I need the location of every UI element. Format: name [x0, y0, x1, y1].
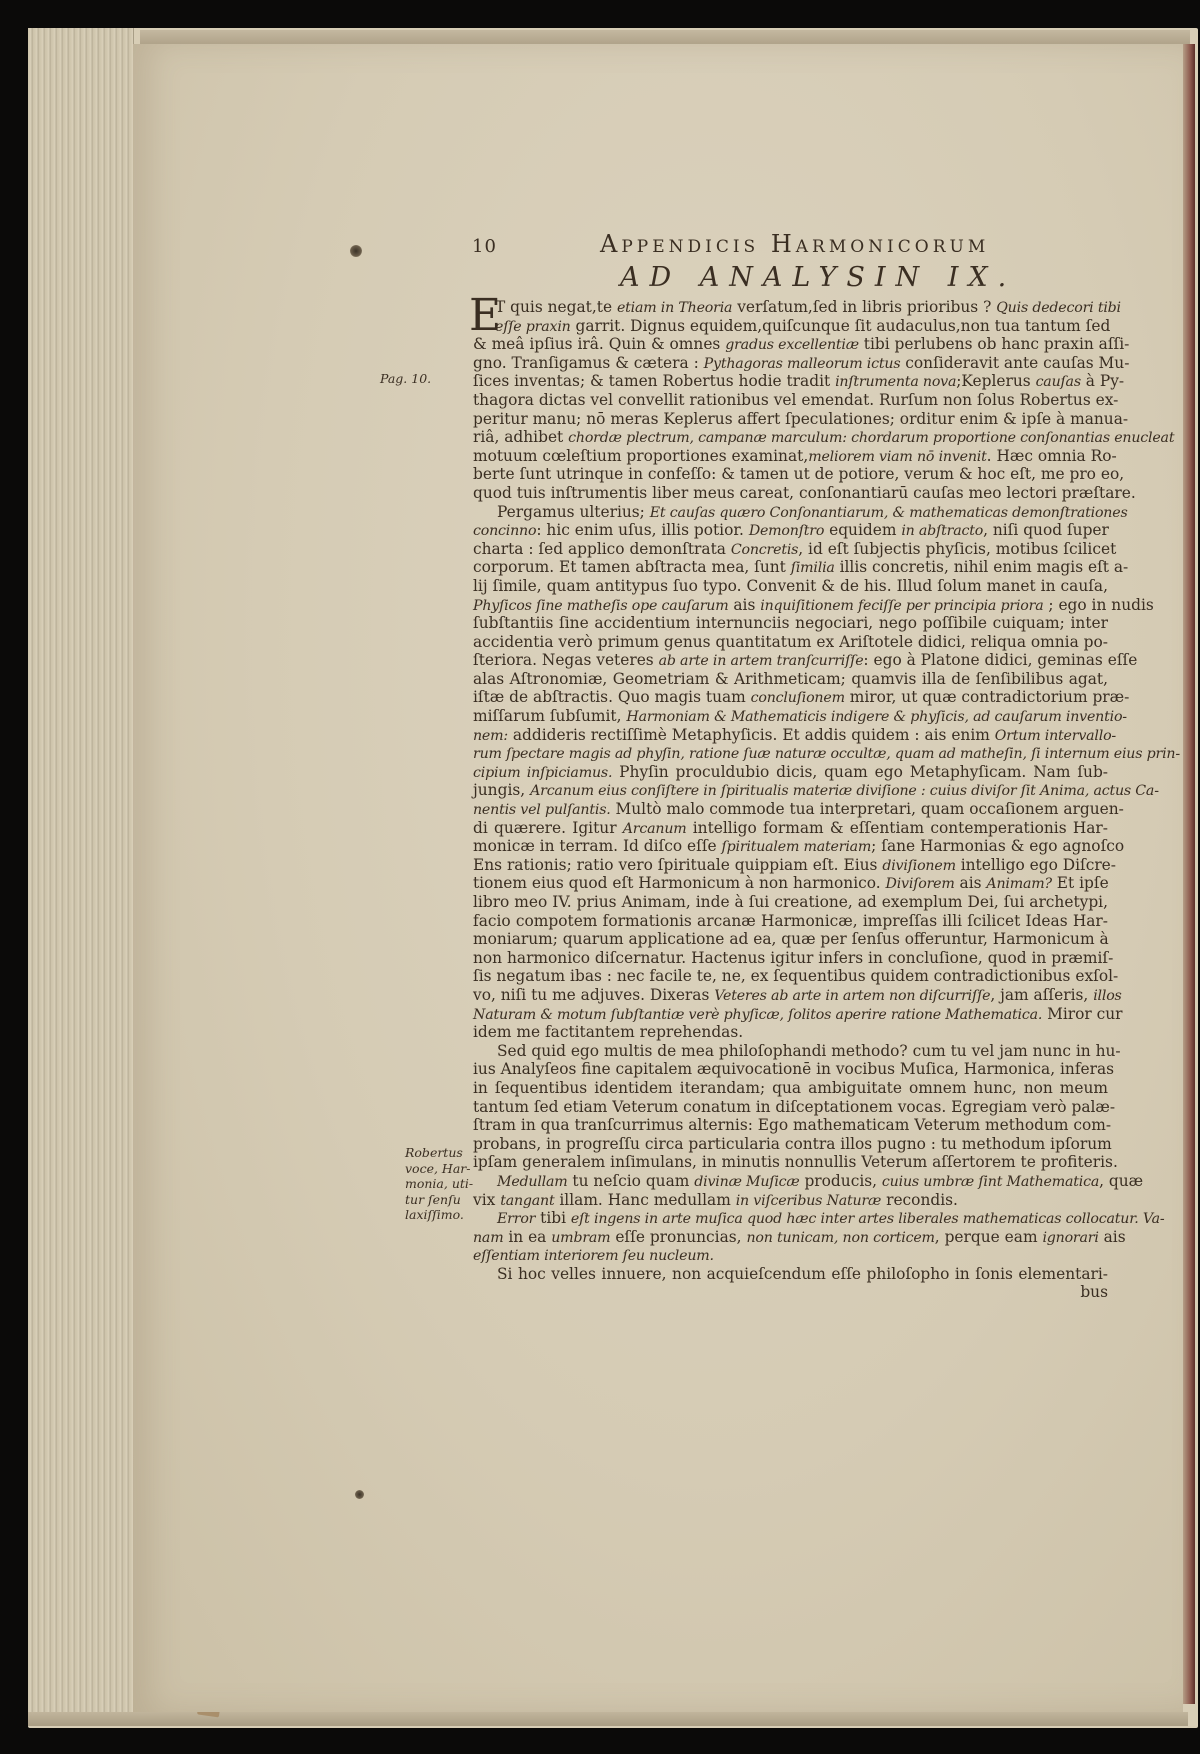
- text-line: di quærere. Igitur Arcanum intelligo for…: [473, 819, 1108, 838]
- italic-segment: eſſentiam interiorem ſeu nucleum.: [473, 1248, 714, 1264]
- right-page-edge: [1183, 44, 1195, 1704]
- italic-segment: cuius umbræ ſint Mathematica: [882, 1174, 1099, 1190]
- italic-segment: nentis vel pulſantis.: [473, 802, 611, 818]
- roman-segment: jungis,: [473, 781, 530, 799]
- text-line: miſſarum ſubſumit, Harmoniam & Mathemati…: [473, 707, 1108, 726]
- margin-note-page-ref: Pag. 10.: [380, 371, 431, 387]
- text-line: probans, in progreſſu circa particularia…: [473, 1135, 1108, 1154]
- roman-segment: accidentia verò primum genus quantitatum…: [473, 633, 1108, 651]
- italic-segment: in abſtracto: [901, 523, 983, 539]
- roman-segment: idem me factitantem reprehendas.: [473, 1023, 743, 1041]
- text-line: Pergamus ulterius; Et cauſas quæro Conſo…: [473, 503, 1108, 522]
- roman-segment: probans, in progreſſu circa particularia…: [473, 1135, 1112, 1153]
- text-line: rum ſpectare magis ad phyſin, ratione ſu…: [473, 744, 1108, 763]
- italic-segment: concinno: [473, 523, 536, 539]
- roman-segment: , perque eam: [935, 1228, 1043, 1246]
- italic-segment: ſimilia: [791, 560, 835, 576]
- text-line: & meâ ipſius irâ. Quin & omnes gradus ex…: [473, 335, 1108, 354]
- margin-note-line: voce, Har-: [405, 1161, 475, 1177]
- roman-segment: tibi perlubens ob hanc praxin aſſi-: [859, 335, 1130, 353]
- italic-segment: Phyſicos ſine matheſis ope cauſarum: [473, 598, 728, 614]
- italic-segment: Naturam & motum ſubſtantiæ verè phyſicæ,…: [473, 1007, 1042, 1023]
- roman-segment: ſubſtantiis ſine accidentium internuncii…: [473, 614, 1108, 632]
- italic-segment: inſtrumenta nova: [835, 374, 956, 390]
- body-text: E T quis negat,te etiam in Theoria verſa…: [473, 298, 1108, 1302]
- roman-segment: ſis negatum ibas : nec facile te, ne, ex…: [473, 967, 1118, 985]
- text-line: ſices inventas; & tamen Robertus hodie t…: [473, 372, 1108, 391]
- text-line: riâ, adhibet chordæ plectrum, campanæ ma…: [473, 428, 1108, 447]
- italic-segment: divinæ Muſicæ: [694, 1174, 799, 1190]
- text-line: tionem eius quod eſt Harmonicum à non ha…: [473, 874, 1108, 893]
- roman-segment: tionem eius quod eſt Harmonicum à non ha…: [473, 874, 886, 892]
- roman-segment: eſſe pronuncias,: [610, 1228, 746, 1246]
- roman-segment: Si hoc velles innuere, non acquieſcendum…: [497, 1265, 1108, 1283]
- text-line: cipium inſpiciamus. Phyſin proculdubio d…: [473, 763, 1108, 782]
- text-line: corporum. Et tamen abſtracta mea, ſunt ſ…: [473, 558, 1108, 577]
- roman-segment: lij ſimile, quam antitypus ſuo typo. Con…: [473, 577, 1108, 595]
- text-line: facio compotem formationis arcanæ Harmon…: [473, 912, 1108, 931]
- italic-segment: diviſionem: [882, 858, 956, 874]
- roman-segment: in ſequentibus identidem iterandam; qua …: [473, 1079, 1108, 1097]
- roman-segment: & meâ ipſius irâ. Quin & omnes: [473, 335, 725, 353]
- roman-segment: ; ſane Harmonias & ego agnoſco: [871, 837, 1124, 855]
- roman-segment: equidem: [824, 521, 901, 539]
- running-head: Appendicis Harmonicorum: [600, 230, 989, 258]
- italic-segment: Et cauſas quæro Conſonantiarum, & mathem…: [650, 505, 1128, 521]
- roman-segment: gno. Tranſigamus & cætera :: [473, 354, 704, 372]
- roman-segment: tibi: [535, 1209, 571, 1227]
- roman-segment: iſtæ de abſtractis. Quo magis tuam: [473, 688, 751, 706]
- roman-segment: charta : ſed applico demonſtrata: [473, 540, 731, 558]
- text-line: concinno: hic enim uſus, illis potior. D…: [473, 521, 1108, 540]
- italic-segment: Veteres ab arte in artem non diſcurriſſe: [714, 988, 990, 1004]
- roman-segment: ais: [955, 874, 987, 892]
- roman-segment: peritur manu; nō meras Keplerus affert ſ…: [473, 410, 1128, 428]
- text-line: jungis, Arcanum eius conſiſtere in ſpiri…: [473, 781, 1108, 800]
- text-line: monicæ in terram. Id diſco eſſe ſpiritua…: [473, 837, 1108, 856]
- italic-segment: Ortum intervallo-: [995, 728, 1116, 744]
- italic-segment: umbram: [551, 1230, 610, 1246]
- roman-segment: ;Keplerus: [956, 372, 1035, 390]
- page-stack-edge: [28, 28, 134, 1726]
- roman-segment: bus: [1080, 1283, 1108, 1301]
- roman-segment: riâ, adhibet: [473, 428, 568, 446]
- italic-segment: eſt ingens in arte muſica quod hæc inter…: [571, 1211, 1165, 1227]
- text-line: vo, niſi tu me adjuves. Dixeras Veteres …: [473, 986, 1108, 1005]
- text-line: non harmonico diſcernatur. Hactenus igit…: [473, 949, 1108, 968]
- roman-segment: di quærere. Igitur: [473, 819, 623, 837]
- italic-segment: eſſe praxin: [495, 319, 571, 335]
- text-line: nem: addideris rectiſſimè Metaphyſicis. …: [473, 726, 1108, 745]
- italic-segment: Error: [497, 1211, 535, 1227]
- roman-segment: illis concretis, nihil enim magis eſt a-: [835, 558, 1129, 576]
- top-page-edge: [140, 30, 1190, 44]
- text-line: bus: [473, 1283, 1108, 1302]
- text-line: ſis negatum ibas : nec facile te, ne, ex…: [473, 967, 1108, 986]
- text-line: Naturam & motum ſubſtantiæ verè phyſicæ,…: [473, 1005, 1108, 1024]
- italic-segment: Demonſtro: [749, 523, 824, 539]
- text-line: ſtram in qua tranſcurrimus alternis: Ego…: [473, 1116, 1108, 1135]
- text-line: ipſam generalem inſimulans, in minutis n…: [473, 1153, 1108, 1172]
- italic-segment: nam: [473, 1230, 503, 1246]
- binding-hole: [350, 245, 362, 257]
- italic-segment: ab arte in artem tranſcurriſſe: [659, 653, 864, 669]
- roman-segment: , jam aſſeris,: [990, 986, 1093, 1004]
- roman-segment: Miror cur: [1042, 1005, 1122, 1023]
- roman-segment: conſideravit ante cauſas Mu-: [900, 354, 1129, 372]
- text-line: gno. Tranſigamus & cætera : Pythagoras m…: [473, 354, 1108, 373]
- text-line: T quis negat,te etiam in Theoria verſatu…: [473, 298, 1108, 317]
- italic-segment: Arcanum eius conſiſtere in ſpiritualis m…: [530, 783, 1159, 799]
- roman-segment: ais: [1099, 1228, 1126, 1246]
- text-line: Ens rationis; ratio vero ſpirituale quip…: [473, 856, 1108, 875]
- roman-segment: moniarum; quarum applicatione ad ea, quæ…: [473, 930, 1109, 948]
- roman-segment: non harmonico diſcernatur. Hactenus igit…: [473, 949, 1113, 967]
- italic-segment: Medullam: [497, 1174, 568, 1190]
- margin-note-line: Robertus: [405, 1145, 475, 1161]
- roman-segment: berte ſunt utrinque in confeſſo: & tamen…: [473, 465, 1124, 483]
- italic-segment: meliorem viam nō invenit: [808, 449, 986, 465]
- text-line: Sed quid ego multis de mea philoſophandi…: [473, 1042, 1108, 1061]
- text-line: motuum cœleſtium proportiones examinat,m…: [473, 447, 1108, 466]
- roman-segment: garrit. Dignus equidem,quiſcunque ſit au…: [571, 317, 1111, 335]
- roman-segment: quod tuis inſtrumentis liber meus careat…: [473, 484, 1136, 502]
- text-line: nam in ea umbram eſſe pronuncias, non tu…: [473, 1228, 1108, 1247]
- roman-segment: illam. Hanc medullam: [554, 1191, 735, 1209]
- text-line: vix tangant illam. Hanc medullam in viſc…: [473, 1191, 1108, 1210]
- italic-segment: Diviſorem: [886, 876, 955, 892]
- text-line: nentis vel pulſantis. Multò malo commode…: [473, 800, 1108, 819]
- text-line: eſſentiam interiorem ſeu nucleum.: [473, 1246, 1108, 1265]
- italic-segment: tangant: [500, 1193, 554, 1209]
- roman-segment: T quis negat,te: [495, 298, 617, 316]
- italic-segment: Animam?: [986, 876, 1052, 892]
- italic-segment: in viſceribus Naturæ: [736, 1193, 882, 1209]
- roman-segment: Pergamus ulterius;: [497, 503, 650, 521]
- text-line: Phyſicos ſine matheſis ope cauſarum ais …: [473, 596, 1108, 615]
- roman-segment: recondis.: [881, 1191, 958, 1209]
- text-line: ſubſtantiis ſine accidentium internuncii…: [473, 614, 1108, 633]
- roman-segment: in ea: [503, 1228, 551, 1246]
- roman-segment: verſatum,ſed in libris prioribus ?: [732, 298, 996, 316]
- text-line: moniarum; quarum applicatione ad ea, quæ…: [473, 930, 1108, 949]
- italic-segment: inquiſitionem feciſſe per principia prio…: [760, 598, 1043, 614]
- italic-segment: ignorari: [1042, 1230, 1098, 1246]
- text-line: idem me factitantem reprehendas.: [473, 1023, 1108, 1042]
- roman-segment: monicæ in terram. Id diſco eſſe: [473, 837, 722, 855]
- roman-segment: , niſi quod ſuper: [983, 521, 1109, 539]
- roman-segment: thagora dictas vel convellit rationibus …: [473, 391, 1118, 409]
- roman-segment: ſteriora. Negas veteres: [473, 651, 659, 669]
- italic-segment: cipium inſpiciamus.: [473, 765, 612, 781]
- italic-segment: Harmoniam & Mathematicis indigere & phyſ…: [626, 709, 1126, 725]
- text-line: Si hoc velles innuere, non acquieſcendum…: [473, 1265, 1108, 1284]
- italic-segment: illos: [1093, 988, 1121, 1004]
- roman-segment: vix: [473, 1191, 500, 1209]
- roman-segment: ſices inventas; & tamen Robertus hodie t…: [473, 372, 835, 390]
- text-line: lij ſimile, quam antitypus ſuo typo. Con…: [473, 577, 1108, 596]
- roman-segment: , id eſt ſubjectis phyſicis, motibus ſci…: [798, 540, 1116, 558]
- roman-segment: ius Analyſeos fine capitalem æquivocatio…: [473, 1060, 1114, 1078]
- text-line: berte ſunt utrinque in confeſſo: & tamen…: [473, 465, 1108, 484]
- roman-segment: Sed quid ego multis de mea philoſophandi…: [497, 1042, 1121, 1060]
- roman-segment: facio compotem formationis arcanæ Harmon…: [473, 912, 1108, 930]
- roman-segment: producis,: [800, 1172, 882, 1190]
- italic-segment: Concretis: [731, 542, 798, 558]
- drop-cap: E: [469, 296, 501, 336]
- italic-segment: Quis dedecori tibi: [996, 300, 1121, 316]
- italic-segment: chordæ plectrum, campanæ marculum: chord…: [568, 430, 1174, 446]
- italic-segment: Pythagoras malleorum ictus: [704, 356, 901, 372]
- roman-segment: tu neſcio quam: [568, 1172, 695, 1190]
- roman-segment: Multò malo commode tua interpretari, qua…: [611, 800, 1124, 818]
- folio-number: 10: [472, 236, 497, 257]
- italic-segment: etiam in Theoria: [617, 300, 732, 316]
- text-line: peritur manu; nō meras Keplerus affert ſ…: [473, 410, 1108, 429]
- margin-note-line: tur ſenſu: [405, 1192, 475, 1208]
- text-line: tantum ſed etiam Veterum conatum in diſc…: [473, 1098, 1108, 1117]
- text-line: ſteriora. Negas veteres ab arte in artem…: [473, 651, 1108, 670]
- roman-segment: ais: [728, 596, 760, 614]
- roman-segment: alas Aſtronomiæ, Geometriam & Arithmetic…: [473, 670, 1108, 688]
- margin-note-line: laxiſſimo.: [405, 1207, 475, 1223]
- margin-note-robertus: Robertus voce, Har- monia, uti- tur ſenſ…: [405, 1145, 475, 1223]
- roman-segment: ipſam generalem inſimulans, in minutis n…: [473, 1153, 1118, 1171]
- roman-segment: : hic enim uſus, illis potior.: [536, 521, 748, 539]
- roman-segment: ; ego in nudis: [1043, 596, 1153, 614]
- text-line: alas Aſtronomiæ, Geometriam & Arithmetic…: [473, 670, 1108, 689]
- roman-segment: à Py-: [1081, 372, 1124, 390]
- roman-segment: motuum cœleſtium proportiones examinat,: [473, 447, 808, 465]
- italic-segment: gradus excellentiæ: [725, 337, 859, 353]
- text-line: accidentia verò primum genus quantitatum…: [473, 633, 1108, 652]
- roman-segment: , quæ: [1099, 1172, 1143, 1190]
- text-line: eſſe praxin garrit. Dignus equidem,quiſc…: [473, 317, 1108, 336]
- text-line: charta : ſed applico demonſtrata Concret…: [473, 540, 1108, 559]
- text-line: Medullam tu neſcio quam divinæ Muſicæ pr…: [473, 1172, 1108, 1191]
- roman-segment: intelligo formam & eſſentiam contemperat…: [687, 819, 1108, 837]
- text-line: thagora dictas vel convellit rationibus …: [473, 391, 1108, 410]
- text-line: ius Analyſeos fine capitalem æquivocatio…: [473, 1060, 1108, 1079]
- italic-segment: rum ſpectare magis ad phyſin, ratione ſu…: [473, 746, 1180, 762]
- text-line: Error tibi eſt ingens in arte muſica quo…: [473, 1209, 1108, 1228]
- italic-segment: ſpiritualem materiam: [722, 839, 872, 855]
- margin-note-line: monia, uti-: [405, 1176, 475, 1192]
- section-title: AD ANALYSIN IX.: [620, 262, 1016, 293]
- text-line: quod tuis inſtrumentis liber meus careat…: [473, 484, 1108, 503]
- roman-segment: intelligo ego Diſcre-: [956, 856, 1116, 874]
- italic-segment: cauſas: [1036, 374, 1081, 390]
- roman-segment: Phyſin proculdubio dicis, quam ego Metap…: [612, 763, 1108, 781]
- roman-segment: Et ipſe: [1052, 874, 1109, 892]
- roman-segment: addideris rectiſſimè Metaphyſicis. Et ad…: [508, 726, 995, 744]
- roman-segment: vo, niſi tu me adjuves. Dixeras: [473, 986, 714, 1004]
- roman-segment: tantum ſed etiam Veterum conatum in diſc…: [473, 1098, 1115, 1116]
- roman-segment: corporum. Et tamen abſtracta mea, ſunt: [473, 558, 791, 576]
- text-line: in ſequentibus identidem iterandam; qua …: [473, 1079, 1108, 1098]
- binding-hole: [355, 1490, 364, 1499]
- italic-segment: Arcanum: [623, 821, 687, 837]
- roman-segment: miſſarum ſubſumit,: [473, 707, 626, 725]
- text-line: iſtæ de abſtractis. Quo magis tuam concl…: [473, 688, 1108, 707]
- italic-segment: concluſionem: [751, 690, 845, 706]
- italic-segment: nem:: [473, 728, 508, 744]
- roman-segment: Ens rationis; ratio vero ſpirituale quip…: [473, 856, 882, 874]
- roman-segment: . Hæc omnia Ro-: [987, 447, 1117, 465]
- roman-segment: libro meo IV. prius Animam, inde à ſui c…: [473, 893, 1108, 911]
- roman-segment: : ego à Platone didici, geminas eſſe: [863, 651, 1137, 669]
- italic-segment: non tunicam, non corticem: [746, 1230, 934, 1246]
- roman-segment: ſtram in qua tranſcurrimus alternis: Ego…: [473, 1116, 1111, 1134]
- roman-segment: miror, ut quæ contradictorium præ-: [845, 688, 1130, 706]
- text-line: libro meo IV. prius Animam, inde à ſui c…: [473, 893, 1108, 912]
